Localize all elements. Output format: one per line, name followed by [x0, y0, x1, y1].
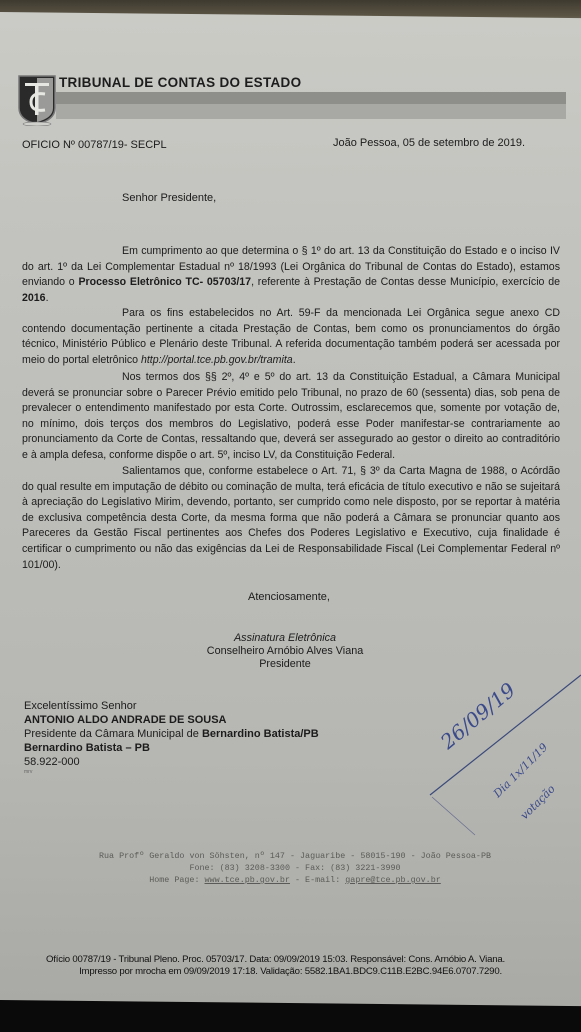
role-city: Bernardino Batista/PB: [202, 728, 319, 740]
place-date: João Pessoa, 05 de setembro de 2019.: [333, 137, 525, 149]
home-page-link[interactable]: www.tce.pb.gov.br: [205, 875, 290, 885]
paragraph-3: Nos termos dos §§ 2º, 4º e 5º do art. 13…: [22, 370, 560, 464]
footer-street: Rua Profº Geraldo von Söhsten, nº 147 - …: [30, 850, 560, 862]
paragraph-text: .: [293, 354, 296, 366]
paragraph-text: .: [46, 292, 49, 304]
signer-name: Conselheiro Arnóbio Alves Viana: [190, 645, 380, 658]
role-text: Presidente da Câmara Municipal de: [24, 728, 202, 740]
salutation: Senhor Presidente,: [122, 192, 216, 204]
header-bar-lower: [56, 104, 566, 119]
signature-block: Assinatura Eletrônica Conselheiro Arnóbi…: [190, 632, 380, 671]
validation-line-2: Impresso por mrocha em 09/09/2019 17:18.…: [0, 966, 581, 978]
footer-phone: Fone: (83) 3208-3300 - Fax: (83) 3221-39…: [30, 862, 560, 874]
process-number: Processo Eletrônico TC- 05703/17: [78, 276, 251, 288]
paragraph-1: Em cumprimento ao que determina o § 1º d…: [22, 244, 560, 306]
validation-footer: Ofício 00787/19 - Tribunal Pleno. Proc. …: [0, 954, 581, 978]
addressee-name: ANTONIO ALDO ANDRADE DE SOUSA: [24, 713, 319, 727]
email-label: - E-mail:: [290, 875, 345, 885]
fiscal-year: 2016: [22, 292, 46, 304]
validation-line-1: Ofício 00787/19 - Tribunal Pleno. Proc. …: [0, 954, 581, 966]
addressee-postal-code: 58.922-000: [24, 755, 319, 769]
addressee-city: Bernardino Batista – PB: [24, 741, 319, 755]
footer-address: Rua Profº Geraldo von Söhsten, nº 147 - …: [30, 850, 560, 886]
typist-initials: mrv: [24, 769, 319, 775]
office-number: OFICIO Nº 00787/19- SECPL: [22, 139, 167, 151]
paragraph-4: Salientamos que, conforme estabelece o A…: [22, 464, 560, 573]
paragraph-2: Para os fins estabelecidos no Art. 59-F …: [22, 306, 560, 368]
header-bar: [56, 92, 566, 104]
addressee-role: Presidente da Câmara Municipal de Bernar…: [24, 727, 319, 741]
footer-web: Home Page: www.tce.pb.gov.br - E-mail: g…: [30, 874, 560, 886]
email-link[interactable]: gapre@tce.pb.gov.br: [345, 875, 441, 885]
signer-title: Presidente: [190, 658, 380, 671]
handwritten-annotation: 26/09/19 Dia 1x/11/19 votação: [420, 660, 581, 840]
addressee-block: Excelentíssimo Senhor ANTONIO ALDO ANDRA…: [24, 699, 319, 775]
portal-link[interactable]: http://portal.tce.pb.gov.br/tramita: [141, 354, 293, 366]
document: TRIBUNAL DE CONTAS DO ESTADO OFICIO Nº 0…: [0, 0, 581, 1032]
home-label: Home Page:: [149, 875, 204, 885]
handwritten-note-2: votação: [518, 782, 558, 822]
paragraph-text: , referente à Prestação de Contas desse …: [251, 276, 560, 288]
tce-coat-of-arms-icon: [17, 74, 57, 126]
handwritten-date: 26/09/19: [435, 678, 520, 755]
signature-type: Assinatura Eletrônica: [190, 632, 380, 645]
addressee-greeting: Excelentíssimo Senhor: [24, 699, 319, 713]
institution-name: TRIBUNAL DE CONTAS DO ESTADO: [59, 75, 301, 90]
closing: Atenciosamente,: [248, 591, 330, 603]
